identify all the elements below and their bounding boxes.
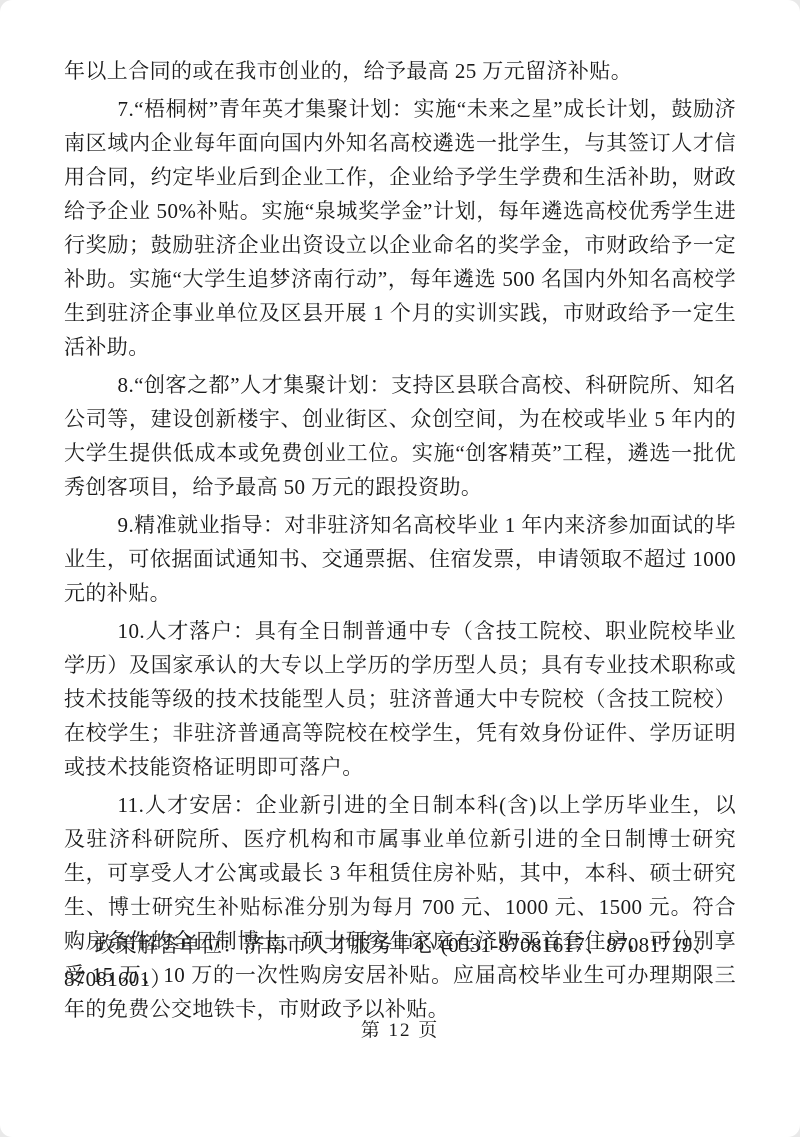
paragraph-continuation: 年以上合同的或在我市创业的，给予最高 25 万元留济补贴。	[64, 54, 736, 88]
document-page: 年以上合同的或在我市创业的，给予最高 25 万元留济补贴。 7.“梧桐树”青年英…	[0, 0, 800, 1137]
document-body: 年以上合同的或在我市创业的，给予最高 25 万元留济补贴。 7.“梧桐树”青年英…	[64, 54, 736, 1026]
paragraph-10-talent-settlement: 10.人才落户：具有全日制普通中专（含技工院校、职业院校毕业学历）及国家承认的大…	[64, 614, 736, 784]
paragraph-9-employment-guidance: 9.精准就业指导：对非驻济知名高校毕业 1 年内来济参加面试的毕业生，可依据面试…	[64, 508, 736, 610]
paragraph-8-chuangke-plan: 8.“创客之都”人才集聚计划：支持区县联合高校、科研院所、知名公司等，建设创新楼…	[64, 368, 736, 504]
page-number: 第 12 页	[0, 1016, 800, 1046]
paragraph-7-wutongshu-plan: 7.“梧桐树”青年英才集聚计划：实施“未来之星”成长计划，鼓励济南区域内企业每年…	[64, 92, 736, 364]
footer-contact-line: 政策解答单位：济南市人才服务中心 (0531-87081617、87081719…	[64, 928, 736, 996]
